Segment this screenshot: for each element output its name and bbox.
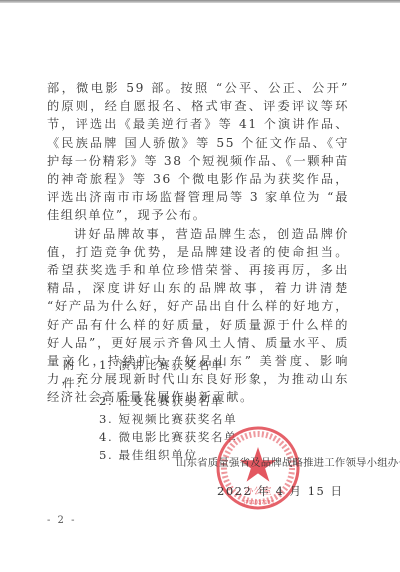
attachment-item: 2. 征文比赛获奖名单 xyxy=(99,392,224,410)
document-page: 部，微电影 59 部。按照 “公平、公正、公开” 的原则，经自愿报名、格式审查、… xyxy=(0,0,400,572)
page-number: - 2 - xyxy=(47,515,76,526)
issue-date: 2022 年 4 月 15 日 xyxy=(217,483,344,499)
attachments-label: 附件： xyxy=(63,356,99,392)
attachments-list: 附件： 1. 演讲比赛获奖名单 2. 征文比赛获奖名单 3. 短视频比赛获奖名单… xyxy=(63,356,237,464)
svg-text:3701037185: 3701037185 xyxy=(242,500,274,506)
issuer-signature: 山东省质量强省及品牌战略推进工作领导小组办公室 xyxy=(176,456,376,470)
paragraph-results: 部，微电影 59 部。按照 “公平、公正、公开” 的原则，经自愿报名、格式审查、… xyxy=(47,79,349,225)
attachment-item: 1. 演讲比赛获奖名单 xyxy=(99,356,224,392)
